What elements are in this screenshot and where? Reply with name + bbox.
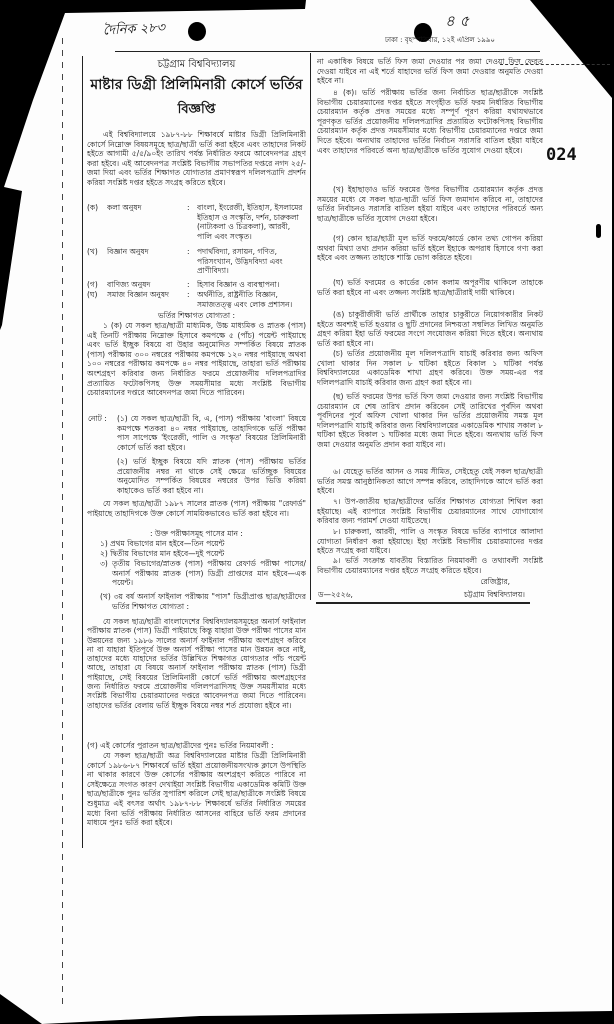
dateline: ঢাকা : বৃহস্পতিবার, ১২ই এপ্রিল ১৯৯০	[385, 36, 515, 46]
signature-org: চট্টগ্রাম বিশ্ববিদ্যালয়।	[440, 590, 525, 600]
faculty-label: (গ)	[87, 280, 107, 290]
faculty-colon: :	[187, 247, 197, 277]
rule-item: (গ) কোন ছাত্র/ছাত্রী মূল ভর্তি ফরমে/কার্…	[317, 234, 543, 273]
ink-mark	[596, 224, 601, 238]
faculty-colon: :	[187, 203, 197, 243]
grade-value-item: ৩) তৃতীয় বিভাগের/স্নাতক (পাস) পরীক্ষায়…	[100, 559, 306, 588]
handwritten-page-marks: ৪ ৫	[445, 10, 469, 35]
rule-item: ৮। চারুকলা, আরবী, পালি ও সংস্কৃত বিষয়ে …	[317, 527, 543, 556]
notice-title: মাষ্টার ডিগ্রী প্রিলিমিনারী কোর্সে ভর্তি…	[87, 75, 306, 95]
faculty-row-commerce: (গ) বাণিজ্য অনুষদ : হিসাব বিজ্ঞান ও ব্যব…	[87, 280, 306, 290]
faculty-colon: :	[187, 290, 197, 310]
faculty-name: সমাজ বিজ্ঞান অনুষদ	[107, 290, 187, 310]
note-item: (২) ভর্তি ইচ্ছুক বিষয়ে যদি স্নাতক (পাস)…	[117, 457, 306, 496]
continuation-paragraph: না একাধিক বিষয়ে ভর্তি ফিস জমা দেওয়ার প…	[317, 57, 543, 86]
note-item: (১) যে সকল ছাত্র/ছাত্রী বি, এ, (পাস) পরী…	[117, 414, 306, 453]
notice-issuer: চট্টগ্রাম বিশ্ববিদ্যালয়	[87, 58, 306, 71]
rule-item: (ঙ) চাকুরীজীবী ভর্তি প্রার্থীকে তাহার চা…	[317, 310, 543, 349]
notice-end-rule	[316, 602, 530, 604]
rule-item: ৭। উপ-জাতীয় ছাত্র/ছাত্রীদের ভর্তির শিক্…	[317, 497, 543, 526]
reference-number: ড—২৫২৬,	[318, 590, 378, 600]
faculty-name: বাণিজ্য অনুষদ	[107, 280, 187, 290]
handwritten-file-number: 024	[546, 145, 577, 165]
column-divider	[310, 53, 311, 600]
rule-item: ৪ (ক)। ভর্তি পরীক্ষায় ভর্তির জন্য নির্ব…	[317, 88, 543, 175]
margin-line	[62, 38, 63, 1006]
referred-rule: যে সকল ছাত্র/ছাত্রী ১৯৮৭ সালের স্নাতক (প…	[87, 499, 306, 528]
faculty-subjects: অর্থনীতি, রাষ্ট্রনীতি বিজ্ঞান, সমাজতত্ত্…	[197, 290, 306, 310]
faculty-subjects: পদার্থবিদ্যা, রসায়ন, গণিত, পরিসংখ্যান, …	[197, 247, 306, 277]
faculty-label: (খ)	[87, 247, 107, 277]
rule-item: ৯। ভর্তি সংক্রান্ত যাবতীয় বিস্তারিত নিয…	[317, 556, 543, 576]
faculty-colon: :	[187, 280, 197, 290]
rule-item: ৬। যেহেতু ভর্তির আসন ও সময় সীমিত, সেইহে…	[317, 467, 543, 496]
section-ga-heading: (গ) এই কোর্সের পুরাতন ছাত্র/ছাত্রীদের পু…	[87, 741, 306, 751]
faculty-name: বিজ্ঞান অনুষদ	[107, 247, 187, 277]
intro-paragraph: এই বিশ্ববিদ্যালয়ে ১৯৮৭-৮৮ শিক্ষাবর্ষে ম…	[87, 130, 306, 198]
punch-hole	[188, 22, 206, 41]
grade-value-item: ২) দ্বিতীয় বিভাগের মান হইবে—দুই পয়েন্ট	[100, 549, 306, 559]
rule-item: (চ) ভর্তির প্রয়োজনীয় মূল দলিলপত্রাদি য…	[317, 349, 543, 388]
faculty-label: (ঘ)	[87, 290, 107, 310]
handwritten-newspaper-ref: দৈনিক ২৮৩	[102, 18, 165, 42]
section-kha-heading: (খ) ৩য় বর্ষ অনার্স ফাইনাল পরীক্ষায় "পা…	[100, 592, 306, 612]
grade-values-heading: : উক্ত পরীক্ষাসমূহ পাসের মান :	[150, 529, 306, 539]
faculty-row-arts: (ক) কলা অনুষদ : বাংলা, ইংরেজী, ইতিহাস, ই…	[87, 203, 306, 243]
faculty-row-science: (খ) বিজ্ঞান অনুষদ : পদার্থবিদ্যা, রসায়ন…	[87, 247, 306, 277]
grade-value-item: ১) প্রথম বিভাগের মান হইবে—তিন পয়েন্ট	[100, 539, 306, 549]
section-kha-body: যে সকল ছাত্র/ছাত্রী বাংলাদেশের বিশ্ববিদ্…	[87, 617, 306, 737]
eligibility-heading: ভর্তির শিক্ষাগত যোগ্যতা :	[87, 311, 306, 321]
section-ga-body: যে সকল ছাত্র/ছাত্রী অত্র বিশ্ববিদ্যালয়ে…	[87, 751, 306, 846]
rule-item: (ছ) ভর্তি ফরমের উপর ভর্তি ফিস জমা দেওয়া…	[317, 392, 543, 460]
notice-subtitle: বিজ্ঞপ্তি	[87, 100, 306, 119]
signature-title: রেজিষ্ট্রার,	[460, 577, 510, 587]
rule-item: (খ) ইহাছাড়াও ভর্তি ফরমের উপর বিভাগীয় চ…	[317, 185, 543, 233]
eligibility-1a: ১ (ক) যে সকল ছাত্র/ছাত্রী মাধ্যমিক, উচ্চ…	[87, 321, 306, 417]
notes-label: নোট :	[88, 414, 118, 424]
rule-item: (ঘ) ভর্তি ফরমের ও কার্ডের কোন কলাম অপূরণ…	[317, 278, 543, 307]
faculty-row-social-science: (ঘ) সমাজ বিজ্ঞান অনুষদ : অর্থনীতি, রাষ্ট…	[87, 290, 306, 310]
left-border-rule	[82, 56, 83, 848]
faculty-subjects: বাংলা, ইংরেজী, ইতিহাস, ইসলামের ইতিহাস ও …	[197, 203, 306, 243]
header-rule	[115, 51, 540, 52]
faculty-subjects: হিসাব বিজ্ঞান ও ব্যবস্থাপনা।	[197, 280, 306, 290]
faculty-label: (ক)	[87, 203, 107, 243]
faculty-name: কলা অনুষদ	[107, 203, 187, 243]
